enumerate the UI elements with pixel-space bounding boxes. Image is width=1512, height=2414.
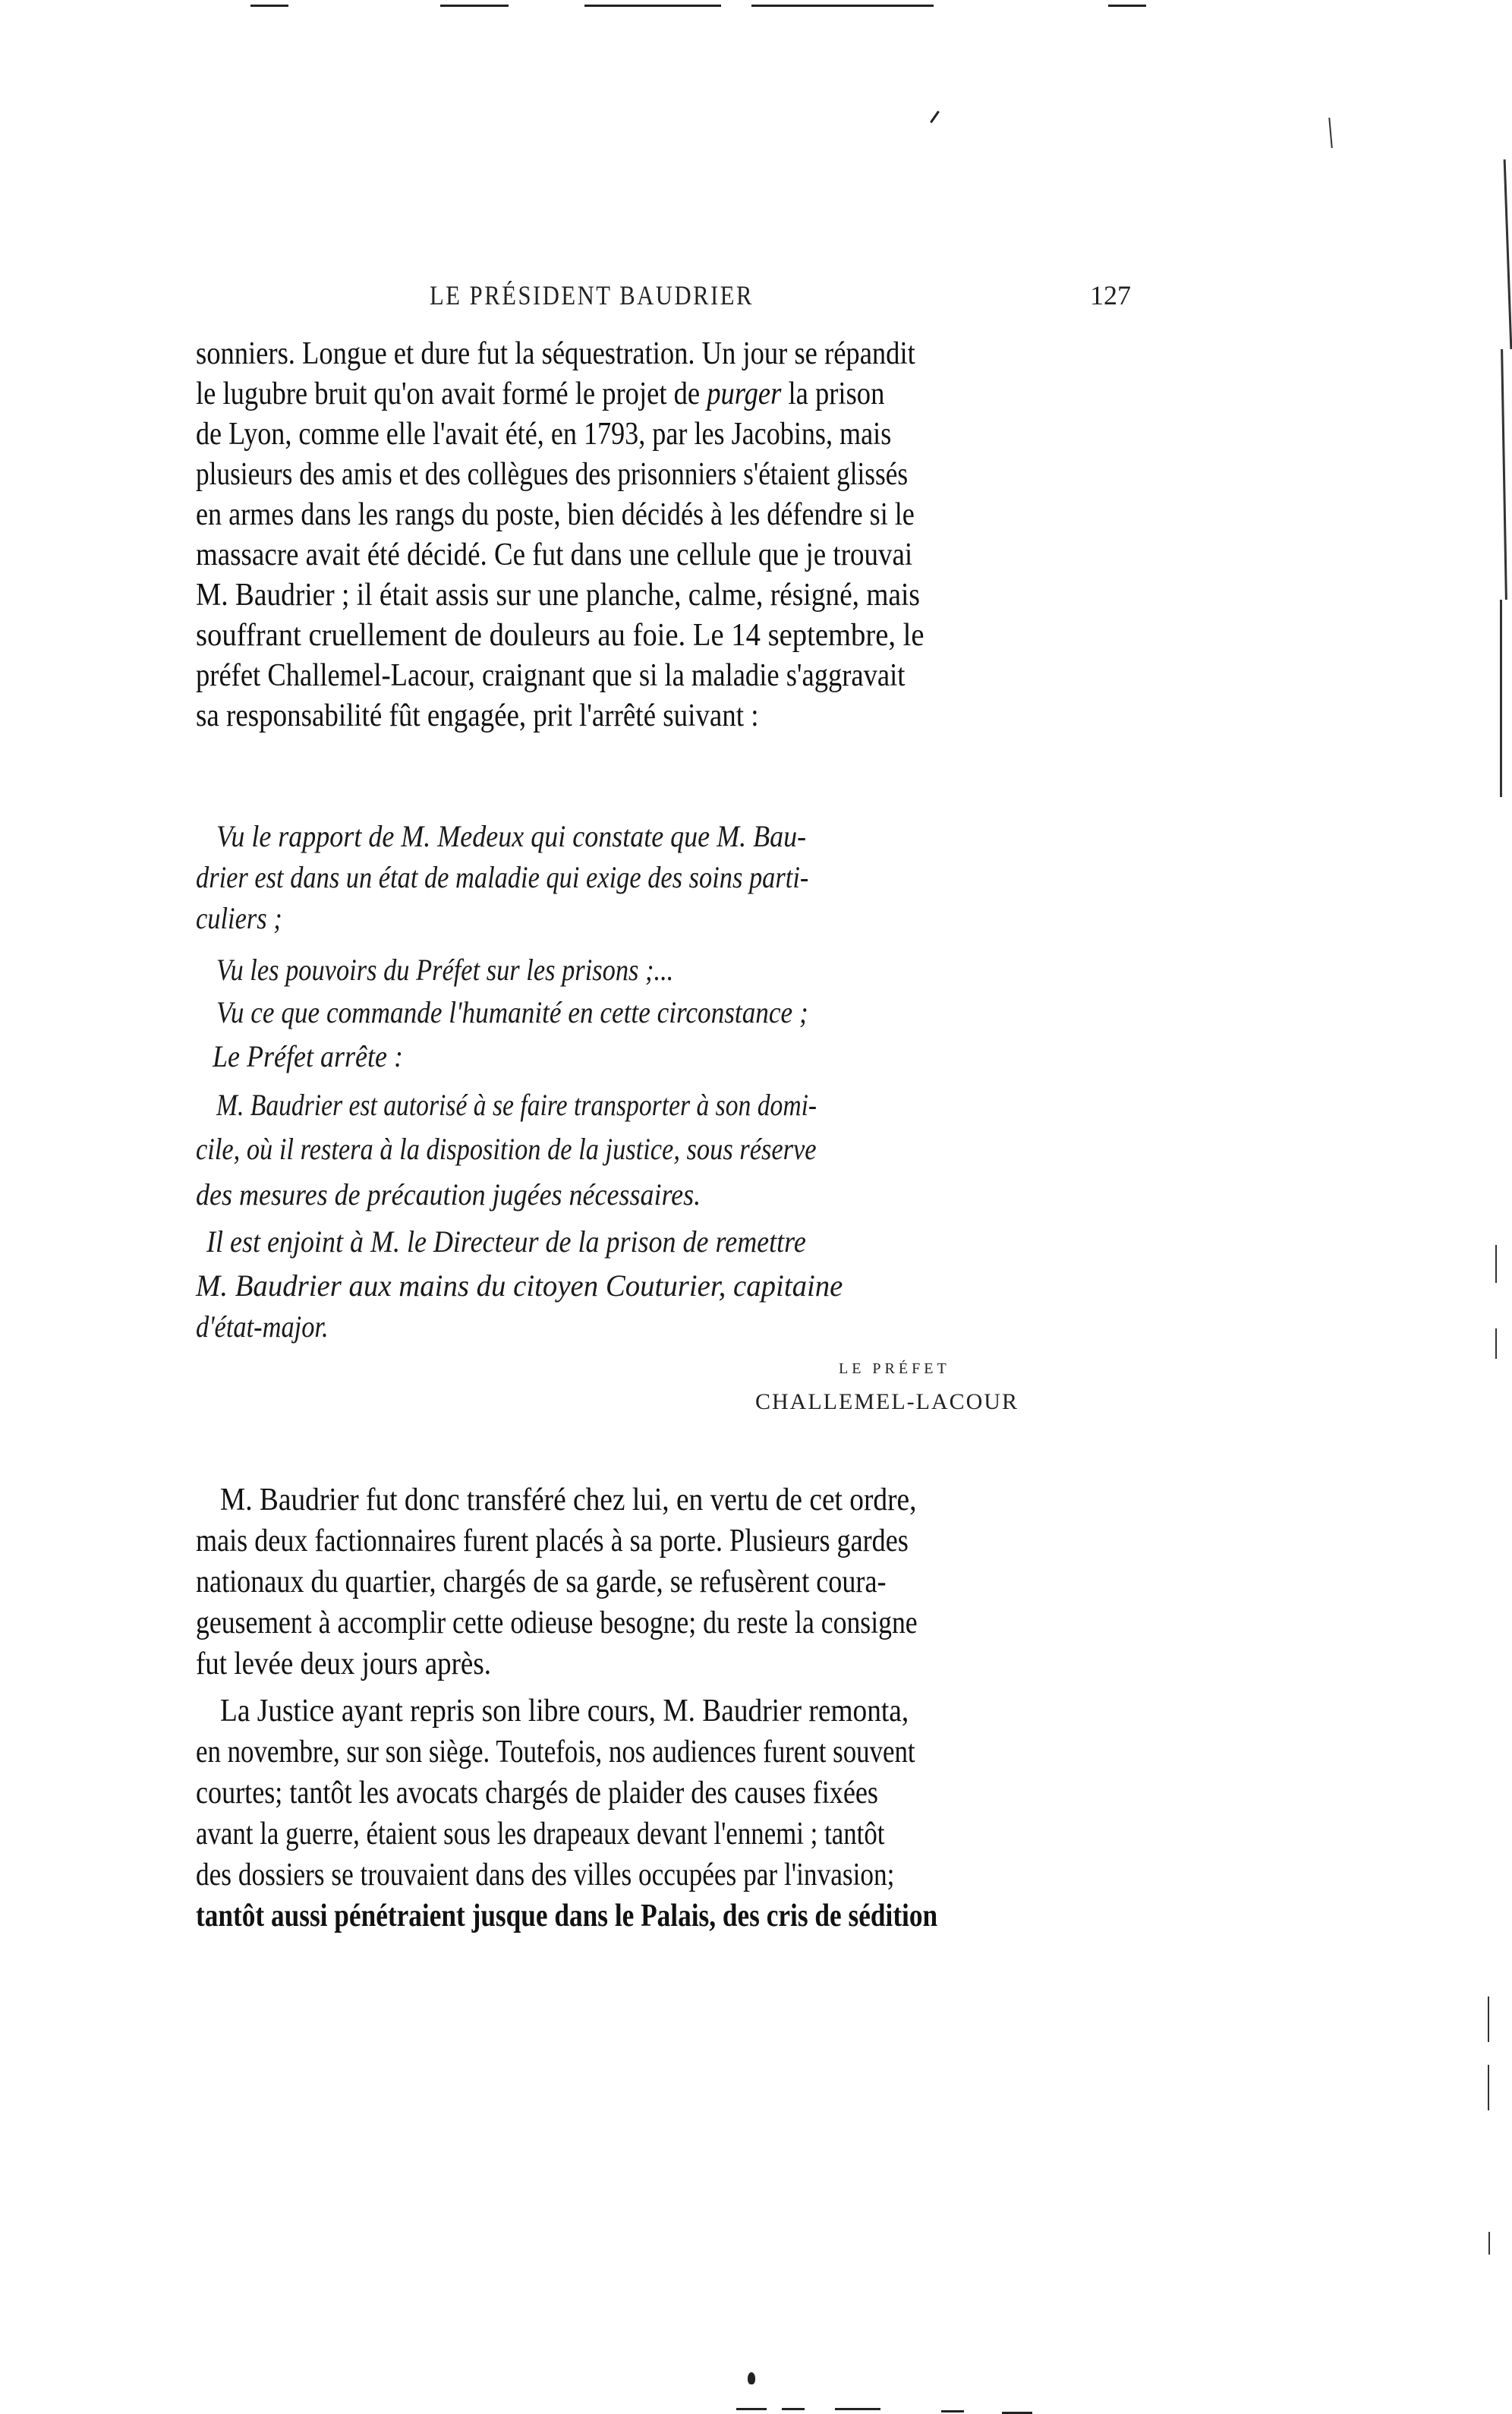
text-line: des dossiers se trouvaient dans des vill…	[196, 1855, 894, 1895]
text-line: plusieurs des amis et des collègues des …	[196, 455, 908, 494]
text-line: M. Baudrier fut donc transféré chez lui,…	[220, 1480, 916, 1520]
text-line: de Lyon, comme elle l'avait été, en 1793…	[196, 414, 891, 454]
decree-line: des mesures de précaution jugées nécessa…	[196, 1175, 701, 1215]
scan-artifact-edge-line	[1488, 1996, 1489, 2042]
text-segment: la prison	[781, 377, 884, 411]
decree-line: drier est dans un état de maladie qui ex…	[196, 858, 808, 897]
decree-line: Vu les pouvoirs du Préfet sur les prison…	[216, 950, 673, 990]
scan-artifact-edge-line	[1328, 118, 1332, 148]
text-segment: le lugubre bruit qu'on avait formé le pr…	[196, 377, 707, 411]
text-line: tantôt aussi pénétraient jusque dans le …	[196, 1896, 937, 1936]
signature-name: CHALLEMEL-LACOUR	[755, 1389, 1019, 1415]
text-line: courtes; tantôt les avocats chargés de p…	[196, 1773, 878, 1813]
text-line: préfet Challemel-Lacour, craignant que s…	[196, 656, 905, 695]
decree-line: M. Baudrier aux mains du citoyen Couturi…	[196, 1266, 843, 1306]
scan-artifact-bottom-rule	[835, 2408, 880, 2410]
decree-line: Vu le rapport de M. Medeux qui constate …	[216, 817, 806, 856]
scan-artifact-top-rule	[250, 5, 288, 7]
text-line: le lugubre bruit qu'on avait formé le pr…	[196, 374, 884, 414]
scan-artifact-top-rule	[440, 5, 509, 7]
text-line: mais deux factionnaires furent placés à …	[196, 1521, 909, 1561]
text-line: en armes dans les rangs du poste, bien d…	[196, 495, 915, 534]
scan-artifact-bottom-rule	[941, 2410, 964, 2412]
decree-line: M. Baudrier est autorisé à se faire tran…	[216, 1086, 817, 1125]
decree-line: cile, où il restera à la disposition de …	[196, 1130, 817, 1169]
text-line: fut levée deux jours après.	[196, 1644, 491, 1684]
scan-artifact-edge-line	[1488, 2232, 1490, 2255]
emphasized-word: purger	[707, 377, 781, 411]
scan-artifact-bottom-rule	[782, 2408, 805, 2410]
scanned-book-page: LE PRÉSIDENT BAUDRIER 127 sonniers. Long…	[0, 0, 1512, 2414]
signature-title: LE PRÉFET	[839, 1360, 950, 1378]
scan-artifact-top-rule	[1108, 5, 1146, 7]
scan-artifact-top-rule	[751, 5, 934, 7]
text-line: souffrant cruellement de douleurs au foi…	[196, 616, 925, 655]
text-line: massacre avait été décidé. Ce fut dans u…	[196, 535, 912, 575]
text-line: geusement à accomplir cette odieuse beso…	[196, 1603, 918, 1643]
decree-line: d'état-major.	[196, 1307, 329, 1347]
running-header: LE PRÉSIDENT BAUDRIER 127	[387, 279, 1131, 317]
text-line: sa responsabilité fût engagée, prit l'ar…	[196, 696, 758, 736]
scan-artifact-edge-line	[1495, 1328, 1497, 1359]
text-line: en novembre, sur son siège. Toutefois, n…	[196, 1732, 915, 1772]
decree-line: Le Préfet arrête :	[213, 1037, 403, 1076]
decree-line: culiers ;	[196, 899, 282, 938]
scan-artifact-edge-line	[1501, 349, 1507, 600]
scan-artifact-top-rule	[584, 5, 721, 7]
decree-line: Vu ce que commande l'humanité en cette c…	[216, 993, 808, 1032]
scan-artifact-edge-line	[1488, 2065, 1489, 2110]
text-line: sonniers. Longue et dure fut la séquestr…	[196, 334, 915, 373]
text-line: La Justice ayant repris son libre cours,…	[220, 1691, 909, 1731]
scan-artifact-edge-line	[1500, 600, 1502, 797]
running-header-title: LE PRÉSIDENT BAUDRIER	[430, 279, 754, 311]
text-line: M. Baudrier ; il était assis sur une pla…	[196, 575, 920, 615]
text-line: nationaux du quartier, chargés de sa gar…	[196, 1562, 887, 1602]
scan-artifact-bottom-rule	[736, 2408, 767, 2410]
scan-artifact-speck	[930, 111, 940, 123]
page-number: 127	[1090, 279, 1131, 311]
scan-artifact-edge-line	[1504, 159, 1512, 349]
scan-artifact-edge-line	[1495, 1245, 1497, 1283]
scan-artifact-speck	[748, 2372, 755, 2384]
decree-line: Il est enjoint à M. le Directeur de la p…	[206, 1222, 806, 1262]
text-line: avant la guerre, étaient sous les drapea…	[196, 1814, 884, 1854]
